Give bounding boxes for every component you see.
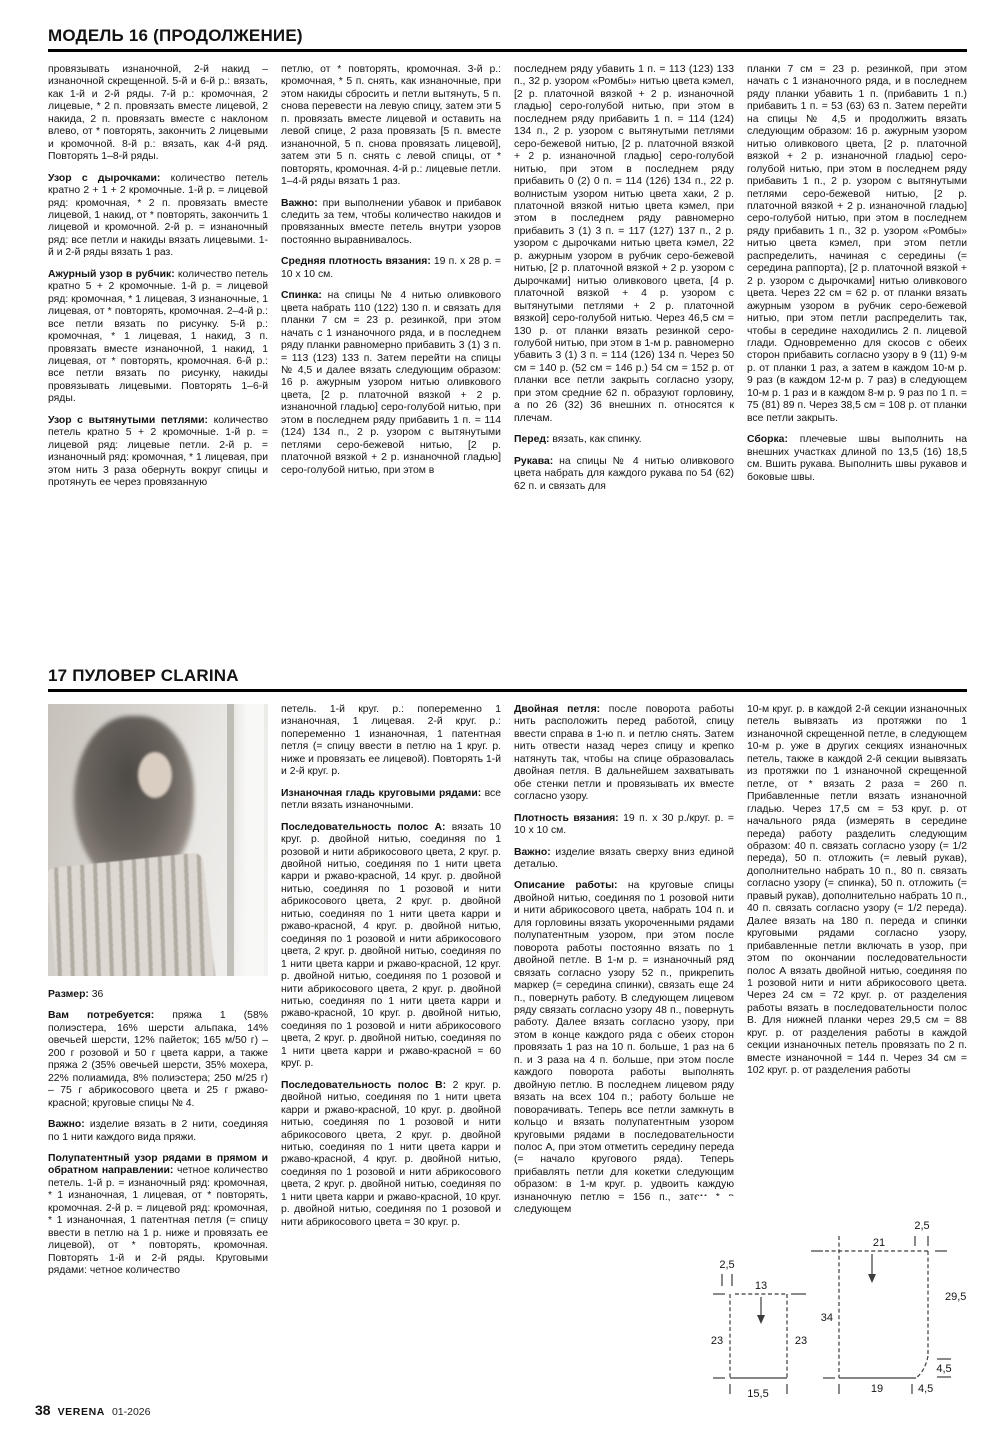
paragraph-lead: Полупатентный узор рядами в прямом и обр… <box>48 1153 268 1176</box>
paragraph: Средняя плотность вязания: 19 п. x 28 р.… <box>281 256 501 281</box>
paragraph-lead: Описание работы: <box>514 880 628 891</box>
photo-window-frame <box>234 704 264 976</box>
page-footer: 38 VERENA 01-2026 <box>35 1402 150 1418</box>
model17-column-2: петель. 1-й круг. р.: попеременно 1 изна… <box>281 704 501 1418</box>
paragraph: Важно: при выполнении убавок и прибавок … <box>281 198 501 248</box>
paragraph-lead: Плотность вязания: <box>514 813 623 824</box>
paragraph: Вам потребуется: пряжа 1 (58% полиэстера… <box>48 1010 268 1110</box>
paragraph-lead: Последовательность полос В: <box>281 1080 453 1091</box>
model16-column-3: последнем ряду убавить 1 п. = 113 (123) … <box>514 64 734 656</box>
paragraph-lead: Ажурный узор в рубчик: <box>48 269 178 280</box>
sleeve-cuff-label: 2,5 <box>719 1259 734 1271</box>
paragraph-lead: Узор с дырочками: <box>48 173 171 184</box>
sleeve-right-label: 23 <box>795 1335 807 1347</box>
paragraph-lead: Изнаночная гладь круговыми рядами: <box>281 788 485 799</box>
paragraph: Узор с дырочками: количество петель крат… <box>48 173 268 260</box>
paragraph-lead: Важно: <box>514 847 555 858</box>
model16-column-2: петлю, от * повторять, кромочная. 3-й р.… <box>281 64 501 656</box>
body-bottom-right-label: 4,5 <box>918 1383 933 1395</box>
sleeve-top-label: 13 <box>755 1280 767 1292</box>
paragraph: провязывать изнаночной, 2-й накид – изна… <box>48 64 268 164</box>
model16-column-4: планки 7 см = 23 р. резинкой, при этом н… <box>747 64 967 656</box>
model16-columns: провязывать изнаночной, 2-й накид – изна… <box>48 64 967 656</box>
paragraph-lead: Спинка: <box>281 290 328 301</box>
paragraph: Спинка: на спицы № 4 нитью оливкового цв… <box>281 290 501 477</box>
model17-header: 17 ПУЛОВЕР CLARINA <box>48 666 967 692</box>
paragraph: Размер: 36 <box>48 989 268 1001</box>
paragraph-lead: Вам потребуется: <box>48 1010 172 1021</box>
schematic-svg: 2,5 13 23 23 15,5 21 2,5 <box>697 1196 980 1419</box>
paragraph: Рукава: на спицы № 4 нитью оливкового цв… <box>514 456 734 493</box>
schematic-diagram: 2,5 13 23 23 15,5 21 2,5 <box>697 1196 980 1419</box>
paragraph: Полупатентный узор рядами в прямом и обр… <box>48 1153 268 1278</box>
body-curve-label: 4,5 <box>936 1363 951 1375</box>
paragraph: Плотность вязания: 19 п. x 30 р./круг. р… <box>514 813 734 838</box>
paragraph: Сборка: плечевые швы выполнить на внешни… <box>747 434 967 484</box>
model17-title: 17 ПУЛОВЕР CLARINA <box>48 666 967 686</box>
paragraph: Важно: изделие вязать сверху вниз единой… <box>514 847 734 872</box>
paragraph-lead: Средняя плотность вязания: <box>281 256 434 267</box>
magazine-issue: 01-2026 <box>112 1406 151 1418</box>
paragraph: планки 7 см = 23 р. резинкой, при этом н… <box>747 64 967 425</box>
sleeve-left-label: 23 <box>711 1335 723 1347</box>
paragraph-lead: Сборка: <box>747 434 800 445</box>
paragraph: Описание работы: на круговые спицы двойн… <box>514 880 734 1216</box>
photo-window-bar <box>227 704 234 976</box>
body-right-label: 29,5 <box>945 1291 966 1303</box>
sleeve-bottom-label: 15,5 <box>747 1388 768 1400</box>
paragraph: Двойная петля: после поворота работы нит… <box>514 704 734 804</box>
paragraph-lead: Двойная петля: <box>514 704 609 715</box>
paragraph: Изнаночная гладь круговыми рядами: все п… <box>281 788 501 813</box>
model16-title: МОДЕЛЬ 16 (ПРОДОЛЖЕНИЕ) <box>48 26 967 46</box>
paragraph-lead: Рукава: <box>514 456 559 467</box>
paragraph-lead: Размер: <box>48 989 92 1000</box>
model16-column-1: провязывать изнаночной, 2-й накид – изна… <box>48 64 268 656</box>
photo-model-face <box>138 752 172 798</box>
paragraph: Ажурный узор в рубчик: количество петель… <box>48 269 268 406</box>
photo-striped-pullover <box>48 852 217 976</box>
paragraph: Последовательность полос А: вязать 10 кр… <box>281 822 501 1071</box>
paragraph: петлю, от * повторять, кромочная. 3-й р.… <box>281 64 501 189</box>
model-photo <box>48 704 268 976</box>
paragraph: 10-м круг. р. в каждой 2-й секции изнано… <box>747 704 967 1078</box>
body-bottom-label: 19 <box>871 1383 883 1395</box>
page-number: 38 <box>35 1402 51 1418</box>
magazine-brand: VERENA <box>58 1406 105 1418</box>
model16-header: МОДЕЛЬ 16 (ПРОДОЛЖЕНИЕ) <box>48 26 967 52</box>
model17-column-1-text: Размер: 36Вам потребуется: пряжа 1 (58% … <box>48 989 268 1278</box>
body-top-label: 21 <box>873 1237 885 1249</box>
paragraph: последнем ряду убавить 1 п. = 113 (123) … <box>514 64 734 425</box>
paragraph: Узор с вытянутыми петлями: количество пе… <box>48 415 268 490</box>
paragraph-lead: Последовательность полос А: <box>281 822 452 833</box>
paragraph-lead: Перед: <box>514 434 552 445</box>
paragraph-lead: Важно: <box>48 1119 90 1130</box>
paragraph: Важно: изделие вязать в 2 нити, соединяя… <box>48 1119 268 1144</box>
paragraph-lead: Важно: <box>281 198 323 209</box>
paragraph-lead: Узор с вытянутыми петлями: <box>48 415 214 426</box>
model17-column-1: Размер: 36Вам потребуется: пряжа 1 (58% … <box>48 704 268 1418</box>
paragraph: Последовательность полос В: 2 круг. р. д… <box>281 1080 501 1229</box>
paragraph: Перед: вязать, как спинку. <box>514 434 734 446</box>
body-left-label: 34 <box>821 1312 833 1324</box>
paragraph: петель. 1-й круг. р.: попеременно 1 изна… <box>281 704 501 779</box>
magazine-page: МОДЕЛЬ 16 (ПРОДОЛЖЕНИЕ) провязывать изна… <box>0 0 1000 1449</box>
body-shoulder-label: 2,5 <box>914 1220 929 1232</box>
